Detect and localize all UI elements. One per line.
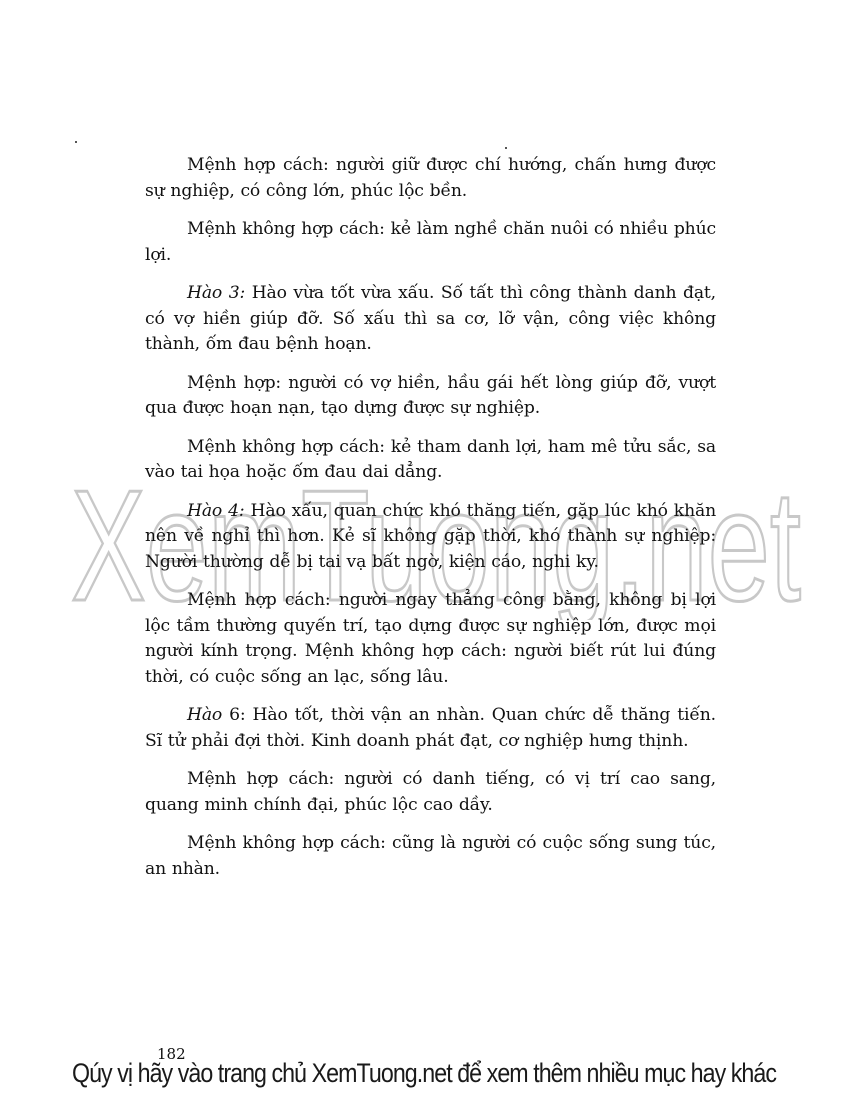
paragraph-text: Mệnh không hợp cách: kẻ tham danh lợi, h… [145,437,716,483]
body-text: Mệnh hợp cách: người giữ được chí hướng,… [145,153,716,895]
scan-speck [75,141,77,143]
footer-promo-banner: Qúy vị hãy vào trang chủ XemTuong.net để… [59,1058,788,1089]
paragraph-hao-3: Hào 3: Hào vừa tốt vừa xấu. Số tất thì c… [145,281,716,358]
paragraph: Mệnh hợp: người có vợ hiền, hầu gái hết … [145,371,716,422]
scan-speck [505,147,507,149]
paragraph: Mệnh không hợp cách: kẻ làm nghề chăn nu… [145,217,716,268]
paragraph-label: Hào [187,705,222,725]
scanned-book-page: XemTuong.net Mệnh hợp cách: người giữ đư… [0,0,848,1102]
paragraph: Mệnh hợp cách: người ngay thẳng công bằn… [145,588,716,690]
paragraph-hao-4: Hào 4: Hào xấu, quan chức khó thăng tiến… [145,499,716,576]
paragraph-text: Mệnh hợp cách: người có danh tiếng, có v… [145,769,716,815]
paragraph-label: Hào 3: [187,283,245,303]
paragraph-text: Mệnh hợp cách: người giữ được chí hướng,… [145,155,716,201]
paragraph-text: Mệnh hợp cách: người ngay thẳng công bằn… [145,590,716,687]
paragraph: Mệnh hợp cách: người giữ được chí hướng,… [145,153,716,204]
paragraph-text: 6: Hào tốt, thời vận an nhàn. Quan chức … [145,705,716,751]
paragraph: Mệnh không hợp cách: cũng là người có cu… [145,831,716,882]
paragraph: Mệnh không hợp cách: kẻ tham danh lợi, h… [145,435,716,486]
paragraph-text: Mệnh không hợp cách: kẻ làm nghề chăn nu… [145,219,716,265]
paragraph-hao-6: Hào 6: Hào tốt, thời vận an nhàn. Quan c… [145,703,716,754]
paragraph: Mệnh hợp cách: người có danh tiếng, có v… [145,767,716,818]
paragraph-text: Mệnh hợp: người có vợ hiền, hầu gái hết … [145,373,716,419]
paragraph-text: Mệnh không hợp cách: cũng là người có cu… [145,833,716,879]
paragraph-label: Hào 4: [187,501,245,521]
